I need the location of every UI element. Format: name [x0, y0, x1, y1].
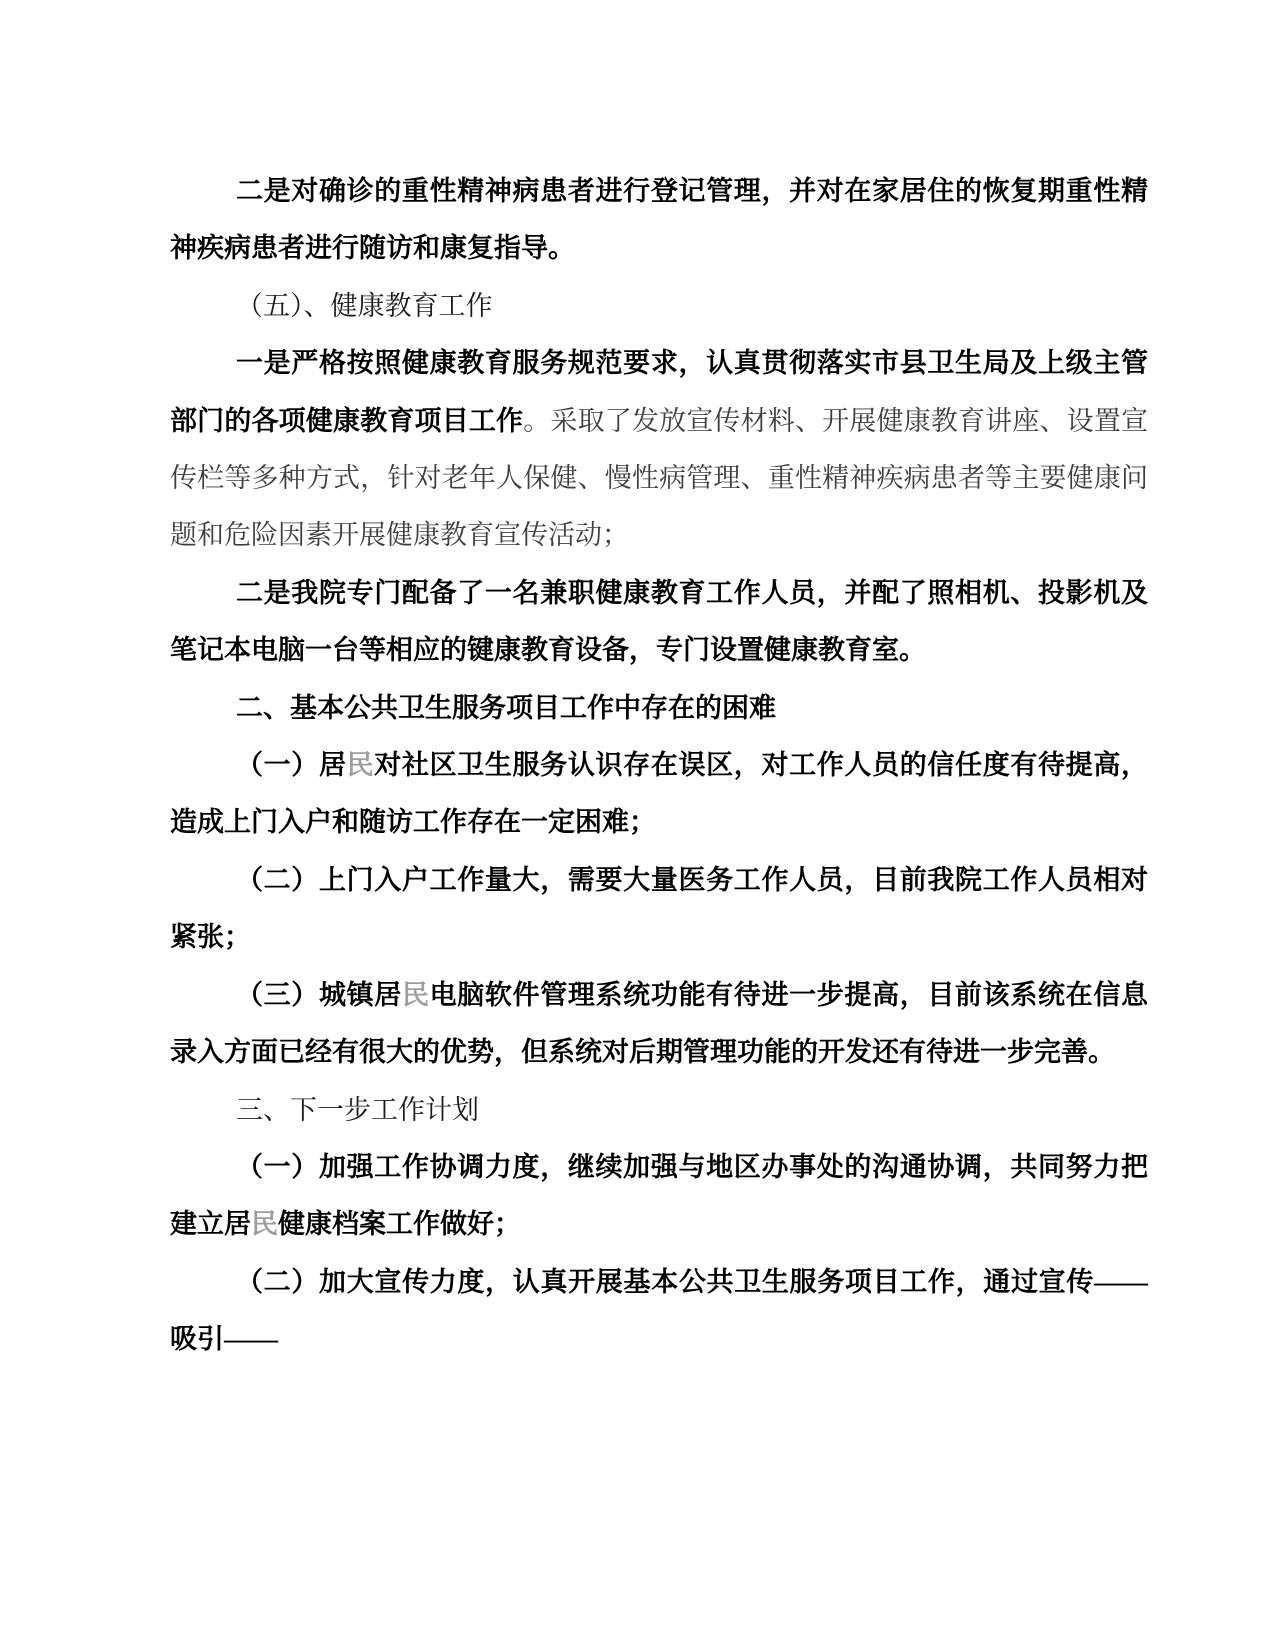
text-run: （一）居 [236, 750, 347, 780]
text-run: 二是我院专门配备了一名兼职健康教育工作人员，并配了照相机、投影机及笔记本电脑一台… [170, 578, 1148, 665]
heading-section-3-next-step-plan: 三、下一步工作计划 [170, 1082, 1148, 1139]
paragraph-difficulty-1: （一）居民对社区卫生服务认识存在误区，对工作人员的信任度有待提高，造成上门入户和… [170, 737, 1148, 852]
heading-section-2-difficulties: 二、基本公共卫生服务项目工作中存在的困难 [170, 680, 1148, 737]
paragraph-plan-2: （二）加大宣传力度，认真开展基本公共卫生服务项目工作，通过宣传——吸引—— [170, 1254, 1148, 1369]
text-run: 民 [402, 980, 430, 1010]
text-run: 二是对确诊的重性精神病患者进行登记管理，并对在家居住的恢复期重性精神疾病患者进行… [170, 176, 1148, 263]
paragraph-health-education-item-1: 一是严格按照健康教育服务规范要求，认真贯彻落实市县卫生局及上级主管部门的各项健康… [170, 335, 1148, 565]
document-body: 二是对确诊的重性精神病患者进行登记管理，并对在家居住的恢复期重性精神疾病患者进行… [170, 163, 1148, 1369]
heading-section-5-health-education: （五）、健康教育工作 [170, 278, 1148, 335]
text-run: 二、基本公共卫生服务项目工作中存在的困难 [236, 693, 776, 723]
paragraph-health-education-item-2: 二是我院专门配备了一名兼职健康教育工作人员，并配了照相机、投影机及笔记本电脑一台… [170, 565, 1148, 680]
text-run: 民 [347, 750, 375, 780]
paragraph-difficulty-2: （二）上门入户工作量大，需要大量医务工作人员，目前我院工作人员相对紧张； [170, 852, 1148, 967]
text-run: （五）、健康教育工作 [236, 291, 493, 321]
text-run: （三）城镇居 [236, 980, 402, 1010]
paragraph-plan-1: （一）加强工作协调力度，继续加强与地区办事处的沟通协调，共同努力把建立居民健康档… [170, 1139, 1148, 1254]
text-run: 民 [251, 1209, 278, 1239]
text-run: （二）加大宣传力度，认真开展基本公共卫生服务项目工作，通过宣传——吸引—— [170, 1267, 1148, 1354]
text-run: 三、下一步工作计划 [236, 1095, 479, 1125]
paragraph-mental-illness-registration: 二是对确诊的重性精神病患者进行登记管理，并对在家居住的恢复期重性精神疾病患者进行… [170, 163, 1148, 278]
paragraph-difficulty-3: （三）城镇居民电脑软件管理系统功能有待进一步提高，目前该系统在信息录入方面已经有… [170, 967, 1148, 1082]
text-run: （二）上门入户工作量大，需要大量医务工作人员，目前我院工作人员相对紧张； [170, 865, 1148, 952]
text-run: 健康档案工作做好； [278, 1209, 521, 1239]
document-page: 二是对确诊的重性精神病患者进行登记管理，并对在家居住的恢复期重性精神疾病患者进行… [0, 0, 1275, 1650]
